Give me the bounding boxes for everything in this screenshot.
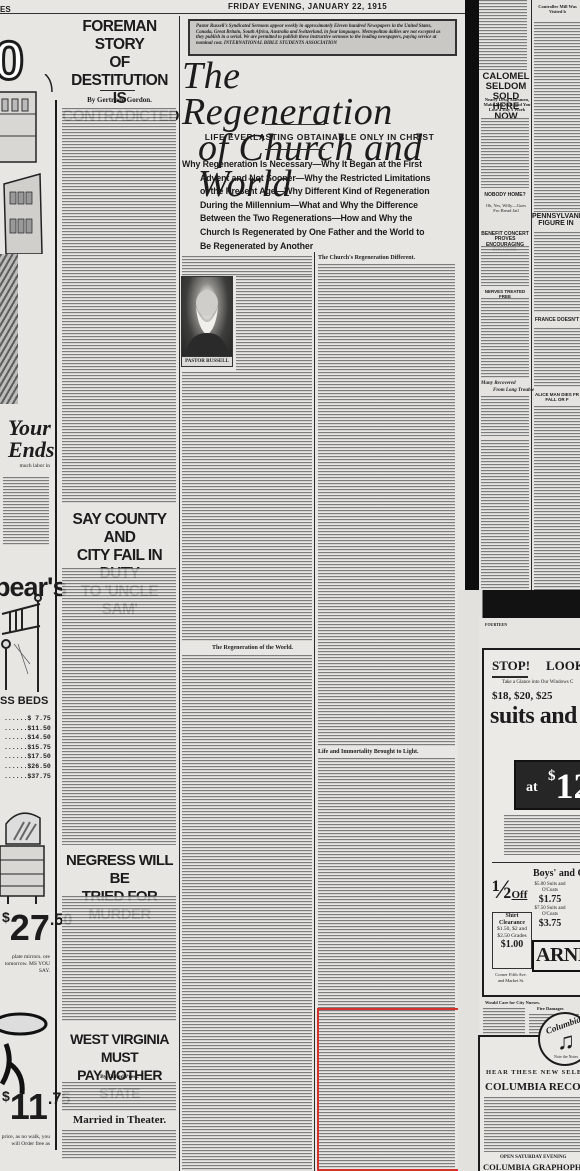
bed-price: ......$37.75 [4, 772, 50, 782]
ad-body-text [3, 477, 49, 545]
column-text [483, 1062, 525, 1082]
headline-married: Married in Theater. [62, 1114, 177, 1126]
headline-acme: Acme Is Super Bred. [493, 1084, 533, 1089]
subdeck-line: of the Present Age—Why Different Kind of… [200, 185, 452, 199]
byline-west-virginia: By United Press. [62, 1074, 177, 1080]
subdeck-line: Church Is Regenerated by One Father and … [200, 226, 452, 240]
ad-sale-price-box: at $12 [514, 760, 580, 810]
headline-long-trouble: From Long Trouble [493, 388, 534, 393]
beds-heading: SS BEDS [0, 695, 48, 707]
divider [492, 676, 528, 678]
ad-stop-text: STOP! [492, 658, 530, 674]
column-text [481, 246, 529, 286]
divider [100, 90, 135, 91]
divider [265, 149, 325, 150]
subhead-regeneration-world: The Regeneration of the World. [212, 645, 293, 651]
headline-france: FRANCE DOESN'T [534, 318, 580, 323]
ad-blurb: much labor in [3, 463, 50, 469]
furniture-ad: 00 YourEnds much labor in pear's [0, 14, 54, 1164]
article-body-county [62, 568, 176, 845]
bed-price: ......$14.50 [4, 733, 50, 743]
sermon-text [182, 372, 312, 642]
ad-body-text [504, 815, 580, 855]
column-text [481, 298, 529, 378]
headline-nurses: Would Care for City Nurses. [485, 1000, 540, 1005]
boys-items: $5.00 Suits and O'Coats $1.75 $7.50 Suit… [528, 882, 572, 930]
clothing-ad: STOP! LOOK Take a Glance into Our Window… [482, 648, 580, 997]
column-text [534, 232, 580, 312]
column-text [483, 1008, 525, 1048]
notice-text: Pastor Russell's Syndicated Sermons appe… [196, 24, 446, 46]
article-body-married [62, 1130, 176, 1160]
sermon-subdeck: Why Regeneration Is Necessary—Why It Beg… [182, 158, 452, 253]
portrait-icon [182, 277, 232, 357]
headline-controller: Controller Mill Was Visited b [535, 4, 580, 14]
subhead-life-immortality: Life and Immortality Brought to Light. [318, 749, 419, 755]
headline-fire: Fire Damages [537, 1006, 564, 1011]
sermon-kicker: LIFE EVERLASTING OBTAINABLE ONLY IN CHRI… [182, 132, 457, 142]
column-text [534, 406, 580, 590]
column-rule [314, 252, 315, 1171]
column-text [481, 440, 529, 590]
calomel-deck: Nearly Drug Salesmen, Make You Sick, and… [483, 97, 531, 112]
half-off-label: ½Off [492, 875, 527, 905]
column-rule [531, 0, 532, 590]
dresser-illustration-icon [0, 804, 54, 914]
column-rule [179, 16, 180, 1171]
subdeck-line: Be Regenerated by Another [200, 240, 452, 254]
top-rule [0, 13, 465, 14]
newspaper-page: ES FRIDAY EVENING, JANUARY 22, 1915 00 Y… [0, 0, 465, 1171]
cartoon-illustration-icon [533, 1060, 579, 1112]
column-rule [55, 100, 57, 1150]
syndication-notice: Pastor Russell's Syndicated Sermons appe… [188, 19, 457, 56]
column-text [481, 396, 529, 436]
adjacent-page-lower: FOURTEEN STOP! LOOK Take a Glance into O… [479, 618, 580, 1171]
store-address: Corner Fifth Ave. and Market St. [492, 972, 530, 983]
column-text [534, 328, 580, 388]
subdeck-line: Advent and Not Sooner—Why the Restricted… [200, 172, 452, 186]
ad-look-text: LOOK [546, 658, 580, 674]
page-edge-shadow [479, 590, 580, 618]
subdeck-line: Between the Two Regenerations—How and Wh… [200, 212, 452, 226]
sale-price: $12 [548, 765, 580, 807]
divider [492, 862, 580, 863]
table-note: price, as no walk, you will Order free a… [0, 1134, 50, 1148]
page-label: FOURTEEN [485, 622, 507, 627]
subhead-church-regeneration: The Church's Regeneration Different. [318, 255, 415, 261]
sermon-intro-text [182, 256, 312, 276]
subdeck-line: During the Millennium—What and Why the D… [200, 199, 452, 213]
nobody-deck: Oh, Yes, Willy—Goes Fro Bread Jail [483, 203, 529, 213]
brass-bed-illustration-icon [0, 594, 54, 694]
bed-price-list: ......$ 7.75......$11.50......$14.50....… [4, 714, 50, 781]
pastor-russell-portrait [181, 276, 233, 358]
column-text [483, 1092, 525, 1112]
article-body-negress [62, 896, 176, 1021]
bed-price: ......$11.50 [4, 724, 50, 734]
column-text [479, 0, 527, 70]
sermon-text [318, 264, 455, 746]
headline-nobody-home: NOBODY HOME? [481, 193, 529, 198]
headline-many-recovered: Many Recovered [481, 381, 516, 386]
headline-father-jerry: Father Jerry's Work [531, 1054, 571, 1059]
boys-heading: Boys' and C [533, 868, 580, 879]
column-text [481, 118, 529, 188]
portrait-caption: PASTOR RUSSELL [181, 356, 233, 367]
bed-price: ......$15.75 [4, 743, 50, 753]
bed-price: ......$26.50 [4, 762, 50, 772]
shirt-clearance-box: Shirt Clearance $1.50, $2 and $2.50 Grad… [492, 912, 532, 969]
refrigerator-base-illustration [0, 254, 18, 404]
bed-price: ......$17.50 [4, 752, 50, 762]
dateline: FRIDAY EVENING, JANUARY 22, 1915 [228, 2, 387, 11]
divider [265, 124, 325, 125]
refrigerator-illustration-icon [0, 74, 54, 254]
sermon-text [182, 655, 312, 1171]
ad-take-glance: Take a Glance into Our Windows C [502, 680, 573, 685]
headline-aged: ALICE MAN DIES FR FALL OR F [534, 393, 580, 402]
byline-foreman: By Gertrude Gordon. [62, 96, 177, 104]
highlight-box [317, 1008, 462, 1171]
headline-pennsylvania: PENNSYLVANIA FIGURE IN [532, 213, 580, 228]
dresser-note: plate mirrors. ore tomorrow. MS YOU SAY. [0, 954, 50, 975]
ad-price-range: $18, $20, $25 [492, 690, 553, 702]
article-body-west-virginia [62, 1082, 176, 1112]
table-price: $11.75 [2, 1089, 70, 1125]
ad-suits-text: suits and ov [490, 703, 580, 730]
article-body-foreman [62, 108, 176, 503]
ad-headline-your: YourEnds [8, 417, 48, 461]
column-text [534, 22, 580, 212]
at-label: at [526, 780, 538, 796]
sermon-text [236, 276, 312, 371]
bed-price: ......$ 7.75 [4, 714, 50, 724]
headline-editor: Editor Boosted in [531, 1036, 565, 1041]
column-text [529, 1014, 579, 1034]
store-logo: ARNF [532, 940, 580, 972]
